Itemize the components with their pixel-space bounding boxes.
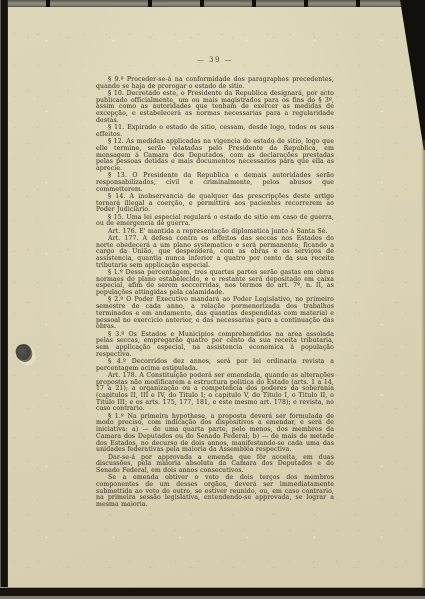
top-right-corner-shadow	[396, 0, 425, 150]
page-edge-mark	[304, 0, 308, 7]
paragraph-art178-approval: Dar-se-á por approvada a emenda que fôr …	[96, 455, 334, 475]
paragraph-sec15: § 15. Uma lei especial regulará o estado…	[96, 215, 334, 228]
text-block: — 39 — § 9.º Proceder-se-á na conformida…	[96, 56, 334, 509]
paragraph-art177-sec4: § 4.º Decorridos dez annos, será por lei…	[96, 359, 334, 372]
paragraph-art178: Art. 178. A Constituição poderá ser emen…	[96, 373, 334, 413]
top-edge	[0, 0, 425, 7]
left-edge	[0, 0, 8, 599]
paragraph-sec10: § 10. Decretado este, o Presidente da Re…	[96, 91, 334, 125]
right-edge-shadow	[421, 140, 425, 587]
paragraph-art177-sec2: § 2.º O Poder Executivo mandará ao Poder…	[96, 297, 334, 331]
page-number: — 39 —	[96, 56, 334, 64]
page-edge-mark	[252, 0, 256, 7]
paragraph-sec9: § 9.º Proceder-se-á na conformidade dos …	[96, 77, 334, 90]
paragraph-sec11: § 11. Expirado o estado de sitio, cessam…	[96, 125, 334, 138]
binding-hole	[14, 343, 33, 364]
paragraph-art177: Art. 177. A defesa contra os effeitos da…	[96, 236, 334, 270]
paragraph-art177-sec3: § 3.º Os Estados e Municipios comprehend…	[96, 332, 334, 359]
paragraph-art178-sec1: § 1.º Na primeira hypothese, a proposta …	[96, 414, 334, 454]
paragraph-sec14: § 14. A inobservancia de qualquer das pr…	[96, 194, 334, 214]
paragraph-sec12: § 12. As medidas applicadas na vigencia …	[96, 139, 334, 173]
page-edge-mark	[200, 0, 204, 7]
page-edge-mark	[46, 0, 50, 7]
scanned-page: — 39 — § 9.º Proceder-se-á na conformida…	[0, 0, 425, 599]
bottom-edge	[0, 587, 425, 599]
paragraph-sec13: § 13. O Presidente da Republica e demais…	[96, 173, 334, 193]
paragraph-art177-sec1: § 1.º Dessa percentagem, tres quartas pa…	[96, 270, 334, 297]
page-edge-mark	[148, 0, 152, 7]
paragraph-art178-twothirds: Se a emenda obtiver o voto de dois terço…	[96, 475, 334, 509]
page-edge-mark	[356, 0, 360, 7]
